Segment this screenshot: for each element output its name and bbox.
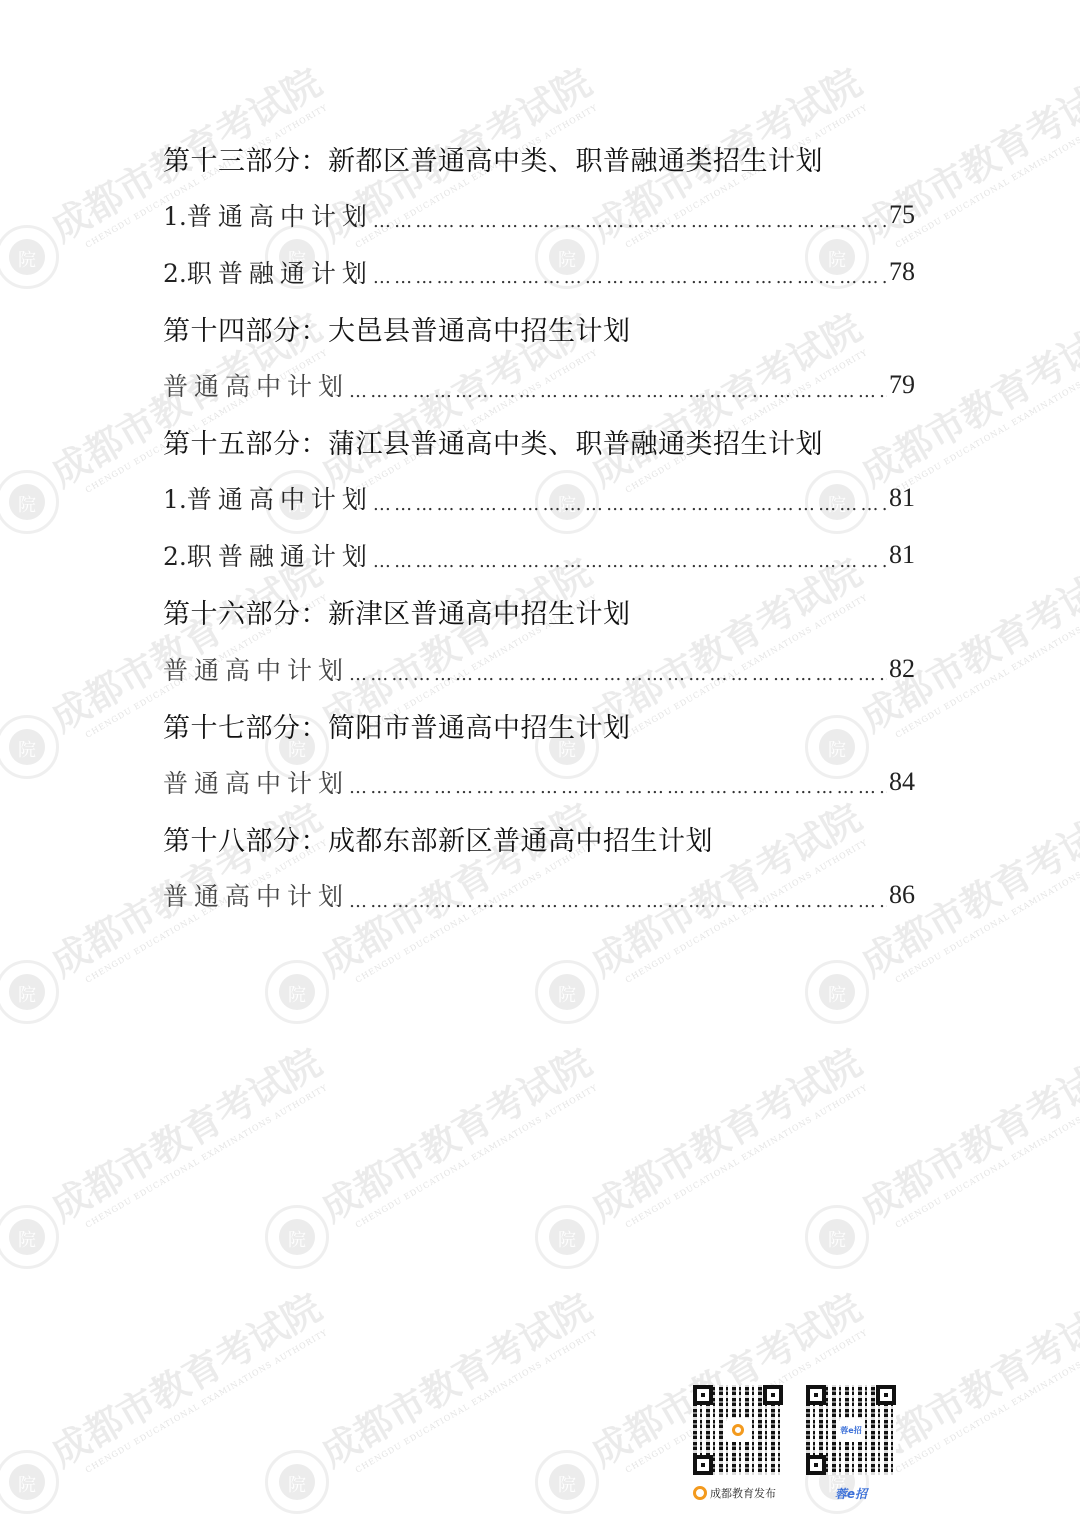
seal-icon: 院 [535, 1205, 599, 1269]
qr-caption: 蓉e招 [806, 1485, 896, 1502]
dot-leader: …………………………………………………………………………………………………… [373, 551, 887, 572]
page-number: 81 [889, 540, 915, 570]
entry-title: 普通高中计划 [163, 372, 349, 401]
qr-block-rong-e-zhao[interactable]: 蓉e招 蓉e招 [806, 1385, 896, 1502]
table-of-contents: 第十三部分：新都区普通高中类、职普融通类招生计划 1.普通高中计划 ………………… [163, 130, 915, 924]
toc-entry[interactable]: 普通高中计划 ………………………………………………………………………………………… [163, 754, 915, 811]
seal-icon: 院 [0, 715, 59, 779]
seal-glyph: 院 [0, 1226, 56, 1252]
qr-finder-icon [763, 1385, 783, 1405]
watermark-text: 成都市教育考试院CHENGDU EDUCATIONAL EXAMINATIONS… [309, 1032, 604, 1239]
watermark-en: CHENGDU EDUCATIONAL EXAMINATIONS AUTHORI… [624, 1080, 874, 1230]
seal-icon: 院 [0, 1205, 59, 1269]
seal-glyph: 院 [538, 1226, 596, 1252]
toc-entry[interactable]: 2.职普融通计划 …………………………………………………………………………………… [163, 243, 915, 300]
entry-label: 普通高中计划 [163, 651, 349, 687]
page-number: 84 [889, 767, 915, 797]
qr-finder-icon [693, 1385, 713, 1405]
qr-code[interactable] [693, 1385, 783, 1475]
dot-leader: …………………………………………………………………………………………………… [349, 891, 887, 912]
seal-glyph: 院 [538, 1471, 596, 1497]
seal-icon: 院 [0, 1450, 59, 1514]
seal-icon: 院 [0, 960, 59, 1024]
entry-number: 1. [163, 485, 187, 514]
heading-text: 第十七部分：简阳市普通高中招生计划 [163, 706, 631, 745]
watermark-text: 成都市教育考试院CHENGDU EDUCATIONAL EXAMINATIONS… [39, 1032, 334, 1239]
watermark-en: CHENGDU EDUCATIONAL EXAMINATIONS AUTHORI… [894, 100, 1080, 250]
seal-icon: 院 [805, 960, 869, 1024]
entry-label: 1.普通高中计划 [163, 480, 373, 516]
seal-glyph: 院 [268, 1226, 326, 1252]
toc-entry[interactable]: 2.职普融通计划 …………………………………………………………………………………… [163, 527, 915, 584]
seal-glyph: 院 [268, 981, 326, 1007]
watermark-text: 成都市教育考试院CHENGDU EDUCATIONAL EXAMINATIONS… [39, 1277, 334, 1484]
heading-text: 第十八部分：成都东部新区普通高中招生计划 [163, 819, 713, 858]
qr-center-logo [726, 1418, 750, 1442]
page-number: 75 [889, 200, 915, 230]
watermark-en: CHENGDU EDUCATIONAL EXAMINATIONS AUTHORI… [84, 1325, 334, 1475]
qr-finder-icon [693, 1455, 713, 1475]
watermark-tile: 院成都市教育考试院CHENGDU EDUCATIONAL EXAMINATION… [0, 1110, 280, 1260]
watermark-en: CHENGDU EDUCATIONAL EXAMINATIONS AUTHORI… [84, 1080, 334, 1230]
page-number: 81 [889, 483, 915, 513]
qr-finder-icon [806, 1455, 826, 1475]
orange-ring-icon [693, 1486, 707, 1500]
watermark-en: CHENGDU EDUCATIONAL EXAMINATIONS AUTHORI… [894, 835, 1080, 985]
entry-number: 2. [163, 542, 187, 571]
entry-title: 普通高中计划 [163, 882, 349, 911]
watermark-en: CHENGDU EDUCATIONAL EXAMINATIONS AUTHORI… [354, 1325, 604, 1475]
watermark-text: 成都市教育考试院CHENGDU EDUCATIONAL EXAMINATIONS… [309, 1277, 604, 1484]
toc-heading: 第十三部分：新都区普通高中类、职普融通类招生计划 [163, 130, 915, 187]
qr-finder-icon [806, 1385, 826, 1405]
qr-center-logo: 蓉e招 [839, 1418, 863, 1442]
toc-heading: 第十四部分：大邑县普通高中招生计划 [163, 300, 915, 357]
seal-icon: 院 [535, 960, 599, 1024]
entry-label: 普通高中计划 [163, 764, 349, 800]
entry-title: 职普融通计划 [187, 542, 373, 571]
watermark-cn: 成都市教育考试院 [39, 1032, 330, 1232]
entry-number: 2. [163, 259, 187, 288]
seal-icon: 院 [0, 470, 59, 534]
watermark-en: CHENGDU EDUCATIONAL EXAMINATIONS AUTHORI… [354, 1080, 604, 1230]
qr-caption-text: 蓉e招 [835, 1485, 867, 1502]
watermark-cn: 成都市教育考试院 [309, 1277, 600, 1477]
page-number: 78 [889, 257, 915, 287]
toc-entry[interactable]: 普通高中计划 ………………………………………………………………………………………… [163, 640, 915, 697]
watermark-en: CHENGDU EDUCATIONAL EXAMINATIONS AUTHORI… [894, 1325, 1080, 1475]
entry-label: 1.普通高中计划 [163, 197, 373, 233]
watermark-text: 成都市教育考试院CHENGDU EDUCATIONAL EXAMINATIONS… [849, 1032, 1080, 1239]
seal-icon: 院 [535, 1450, 599, 1514]
heading-text: 第十四部分：大邑县普通高中招生计划 [163, 309, 631, 348]
watermark-en: CHENGDU EDUCATIONAL EXAMINATIONS AUTHORI… [894, 590, 1080, 740]
qr-caption: 成都教育发布 [693, 1485, 783, 1501]
seal-glyph: 院 [0, 736, 56, 762]
seal-glyph: 院 [538, 981, 596, 1007]
page-number: 86 [889, 880, 915, 910]
watermark-tile: 院成都市教育考试院CHENGDU EDUCATIONAL EXAMINATION… [810, 1110, 1080, 1260]
heading-text: 第十三部分：新都区普通高中类、职普融通类招生计划 [163, 139, 823, 178]
dot-leader: …………………………………………………………………………………………………… [373, 267, 887, 288]
toc-heading: 第十六部分：新津区普通高中招生计划 [163, 584, 915, 641]
dot-leader: …………………………………………………………………………………………………… [349, 777, 887, 798]
watermark-tile: 院成都市教育考试院CHENGDU EDUCATIONAL EXAMINATION… [270, 1110, 550, 1260]
entry-title: 普通高中计划 [163, 769, 349, 798]
seal-glyph: 院 [0, 981, 56, 1007]
entry-title: 普通高中计划 [187, 485, 373, 514]
toc-entry[interactable]: 1.普通高中计划 …………………………………………………………………………………… [163, 187, 915, 244]
seal-glyph: 院 [808, 981, 866, 1007]
dot-leader: …………………………………………………………………………………………………… [373, 211, 887, 232]
qr-block-chengdu-education[interactable]: 成都教育发布 [693, 1385, 783, 1501]
toc-heading: 第十五部分：蒲江县普通高中类、职普融通类招生计划 [163, 413, 915, 470]
entry-label: 普通高中计划 [163, 367, 349, 403]
toc-heading: 第十八部分：成都东部新区普通高中招生计划 [163, 810, 915, 867]
heading-text: 第十五部分：蒲江县普通高中类、职普融通类招生计划 [163, 422, 823, 461]
entry-title: 普通高中计划 [187, 202, 373, 231]
orange-ring-icon [732, 1424, 744, 1436]
entry-number: 1. [163, 202, 187, 231]
seal-glyph: 院 [0, 1471, 56, 1497]
watermark-text: 成都市教育考试院CHENGDU EDUCATIONAL EXAMINATIONS… [579, 1032, 874, 1239]
seal-glyph: 院 [808, 1226, 866, 1252]
seal-icon: 院 [805, 1205, 869, 1269]
watermark-cn: 成都市教育考试院 [579, 1032, 870, 1232]
heading-text: 第十六部分：新津区普通高中招生计划 [163, 592, 631, 631]
watermark-cn: 成都市教育考试院 [309, 1032, 600, 1232]
seal-icon: 院 [265, 960, 329, 1024]
dot-leader: …………………………………………………………………………………………………… [349, 664, 887, 685]
dot-leader: …………………………………………………………………………………………………… [373, 494, 887, 515]
seal-icon: 院 [265, 1450, 329, 1514]
entry-title: 职普融通计划 [187, 259, 373, 288]
watermark-tile: 院成都市教育考试院CHENGDU EDUCATIONAL EXAMINATION… [540, 1110, 820, 1260]
seal-glyph: 院 [268, 1471, 326, 1497]
page-number: 82 [889, 654, 915, 684]
entry-label: 2.职普融通计划 [163, 537, 373, 573]
toc-entry[interactable]: 普通高中计划 ………………………………………………………………………………………… [163, 867, 915, 924]
seal-icon: 院 [0, 225, 59, 289]
dot-leader: …………………………………………………………………………………………………… [349, 381, 887, 402]
watermark-cn: 成都市教育考试院 [849, 1032, 1080, 1232]
toc-entry[interactable]: 普通高中计划 ………………………………………………………………………………………… [163, 357, 915, 414]
seal-glyph: 院 [0, 246, 56, 272]
seal-glyph: 院 [0, 491, 56, 517]
qr-code[interactable]: 蓉e招 [806, 1385, 896, 1475]
qr-caption-text: 成都教育发布 [710, 1485, 776, 1501]
seal-icon: 院 [265, 1205, 329, 1269]
watermark-en: CHENGDU EDUCATIONAL EXAMINATIONS AUTHORI… [894, 1080, 1080, 1230]
entry-label: 2.职普融通计划 [163, 254, 373, 290]
entry-label: 普通高中计划 [163, 877, 349, 913]
page-number: 79 [889, 370, 915, 400]
watermark-tile: 院成都市教育考试院CHENGDU EDUCATIONAL EXAMINATION… [270, 1355, 550, 1505]
toc-heading: 第十七部分：简阳市普通高中招生计划 [163, 697, 915, 754]
watermark-en: CHENGDU EDUCATIONAL EXAMINATIONS AUTHORI… [894, 345, 1080, 495]
rong-e-zhao-logo-icon: 蓉e招 [840, 1425, 861, 1436]
toc-entry[interactable]: 1.普通高中计划 …………………………………………………………………………………… [163, 470, 915, 527]
watermark-cn: 成都市教育考试院 [39, 1277, 330, 1477]
qr-finder-icon [876, 1385, 896, 1405]
watermark-tile: 院成都市教育考试院CHENGDU EDUCATIONAL EXAMINATION… [0, 1355, 280, 1505]
entry-title: 普通高中计划 [163, 656, 349, 685]
